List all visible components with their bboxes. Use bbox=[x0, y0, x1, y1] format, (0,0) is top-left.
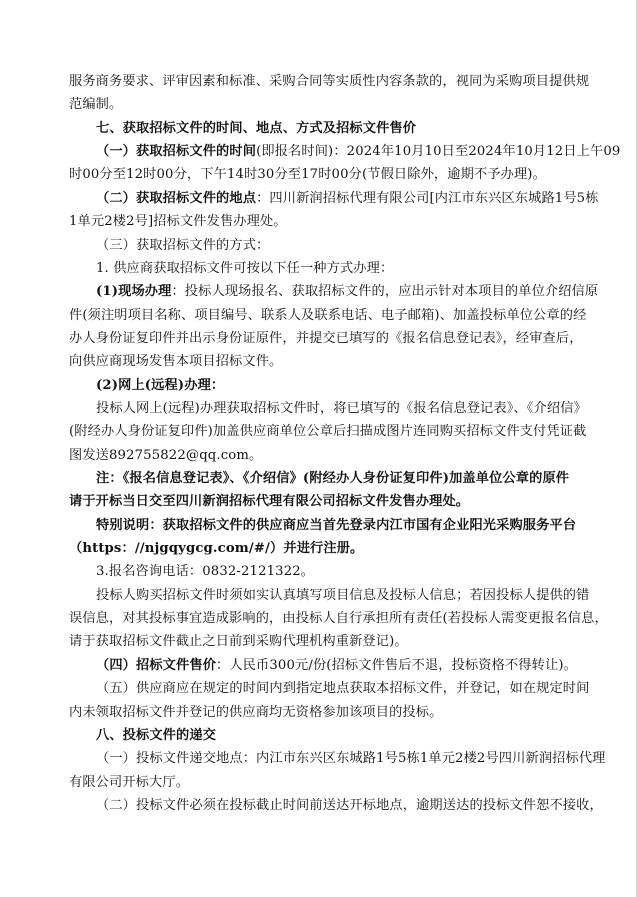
text-line: （三）获取招标文件的方式： bbox=[96, 237, 269, 255]
text-line-bold-lead: (2)网上(远程)办理： bbox=[96, 378, 224, 393]
text-line: 3.报名咨询电话：0832-2121322。 bbox=[96, 563, 314, 581]
text-line: (附经办人身份证复印件)加盖供应商单位公章后扫描成图片连同购买招标文件支付凭证截 bbox=[69, 423, 586, 441]
text-line: （二）投标文件必须在投标截止时间前送达开标地点，逾期送达的投标文件恕不接收， bbox=[96, 797, 603, 815]
text-line: 办人身份证复印件并出示身份证原件，并提交已填写的《报名信息登记表》，经审查后， bbox=[69, 330, 583, 348]
text-line: （一）投标文件递交地点：内江市东兴区东城路1号5栋1单元2楼2号四川新润招标代理 bbox=[96, 750, 606, 768]
text-line: 误信息，对其投标事宜造成影响的，由投标人自行承担所有责任(若投标人需变更报名信息… bbox=[69, 610, 608, 628]
text-line: （https：//njgqygcg.com/#/）并进行注册。 bbox=[69, 540, 363, 558]
text-line: 向供应商现场发售本项目招标文件。 bbox=[69, 353, 282, 371]
text-line-rest: ：投标人现场报名、获取招标文件的，应出示针对本项目的单位介绍信原 bbox=[171, 284, 598, 299]
text-line: （四）招标文件售价：人民币300元/份(招标文件售后不退，投标资格不得转让)。 bbox=[96, 657, 577, 675]
text-line-rest: (即报名时间)：2024年10月10日至2024年10月12日上午09 bbox=[256, 144, 620, 159]
text-line: 八、投标文件的递交 bbox=[96, 727, 216, 745]
text-line: 七、获取招标文件的时间、地点、方式及招标文件售价 bbox=[96, 120, 416, 138]
text-line: 内未领取招标文件并登记的供应商均无资格参加该项目的投标。 bbox=[69, 704, 442, 722]
document-page: 服务商务要求、评审因素和标准、采购合同等实质性内容条款的，视同为采购项目提供规范… bbox=[0, 0, 637, 897]
text-line-bold-lead: （二）获取招标文件的地点 bbox=[96, 191, 256, 206]
text-line: (1)现场办理：投标人现场报名、获取招标文件的，应出示针对本项目的单位介绍信原 bbox=[96, 283, 598, 301]
text-line: 服务商务要求、评审因素和标准、采购合同等实质性内容条款的，视同为采购项目提供规 bbox=[69, 73, 589, 91]
text-line-rest: ：人民币300元/份(招标文件售后不退，投标资格不得转让)。 bbox=[216, 658, 577, 673]
text-line: 投标人购买招标文件时须如实认真填写项目信息及投标人信息；若因投标人提供的错 bbox=[96, 587, 589, 605]
text-line: 件(须注明项目名称、项目编号、联系人及联系电话、电子邮箱)、加盖投标单位公章的经 bbox=[69, 307, 586, 325]
text-line: （一）获取招标文件的时间(即报名时间)：2024年10月10日至2024年10月… bbox=[96, 143, 620, 161]
text-line-rest: ：四川新润招标代理有限公司[内江市东兴区东城路1号5栋 bbox=[256, 191, 598, 206]
text-line: 请于获取招标文件截止之日前到采购代理机构重新登记)。 bbox=[69, 633, 408, 651]
text-line-bold-lead: (1)现场办理 bbox=[96, 284, 171, 299]
text-line: 时00分至12时00分，下午14时30分至17时00分(节假日除外，逾期不予办理… bbox=[69, 166, 546, 184]
text-line: (2)网上(远程)办理： bbox=[96, 377, 224, 395]
text-line-bold-lead: （一）获取招标文件的时间 bbox=[96, 144, 256, 159]
text-line-bold-lead: （四）招标文件售价 bbox=[96, 658, 216, 673]
text-line: 注：《报名信息登记表》、《介绍信》(附经办人身份证复印件)加盖单位公章的原件 bbox=[96, 470, 569, 488]
text-line: （二）获取招标文件的地点：四川新润招标代理有限公司[内江市东兴区东城路1号5栋 bbox=[96, 190, 599, 208]
text-line: （五）供应商应在规定的时间内到指定地点获取本招标文件，并登记，如在规定时间 bbox=[96, 680, 589, 698]
text-line: 1. 供应商获取招标文件可按以下任一种方式办理： bbox=[96, 260, 393, 278]
text-line: 特别说明：获取招标文件的供应商应当首先登录内江市国有企业阳光采购服务平台 bbox=[96, 517, 576, 535]
text-line: 投标人网上(远程)办理获取招标文件时，将已填写的《报名信息登记表》、《介绍信》 bbox=[96, 400, 587, 418]
text-line: 请于开标当日交至四川新润招标代理有限公司招标文件发售办理处。 bbox=[69, 493, 469, 511]
text-line: 图发送892755822@qq.com。 bbox=[69, 447, 262, 465]
text-line: 1单元2楼2号]招标文件发售办理处。 bbox=[69, 213, 287, 231]
text-line: 有限公司开标大厅。 bbox=[69, 774, 189, 792]
text-line: 范编制。 bbox=[69, 96, 122, 114]
